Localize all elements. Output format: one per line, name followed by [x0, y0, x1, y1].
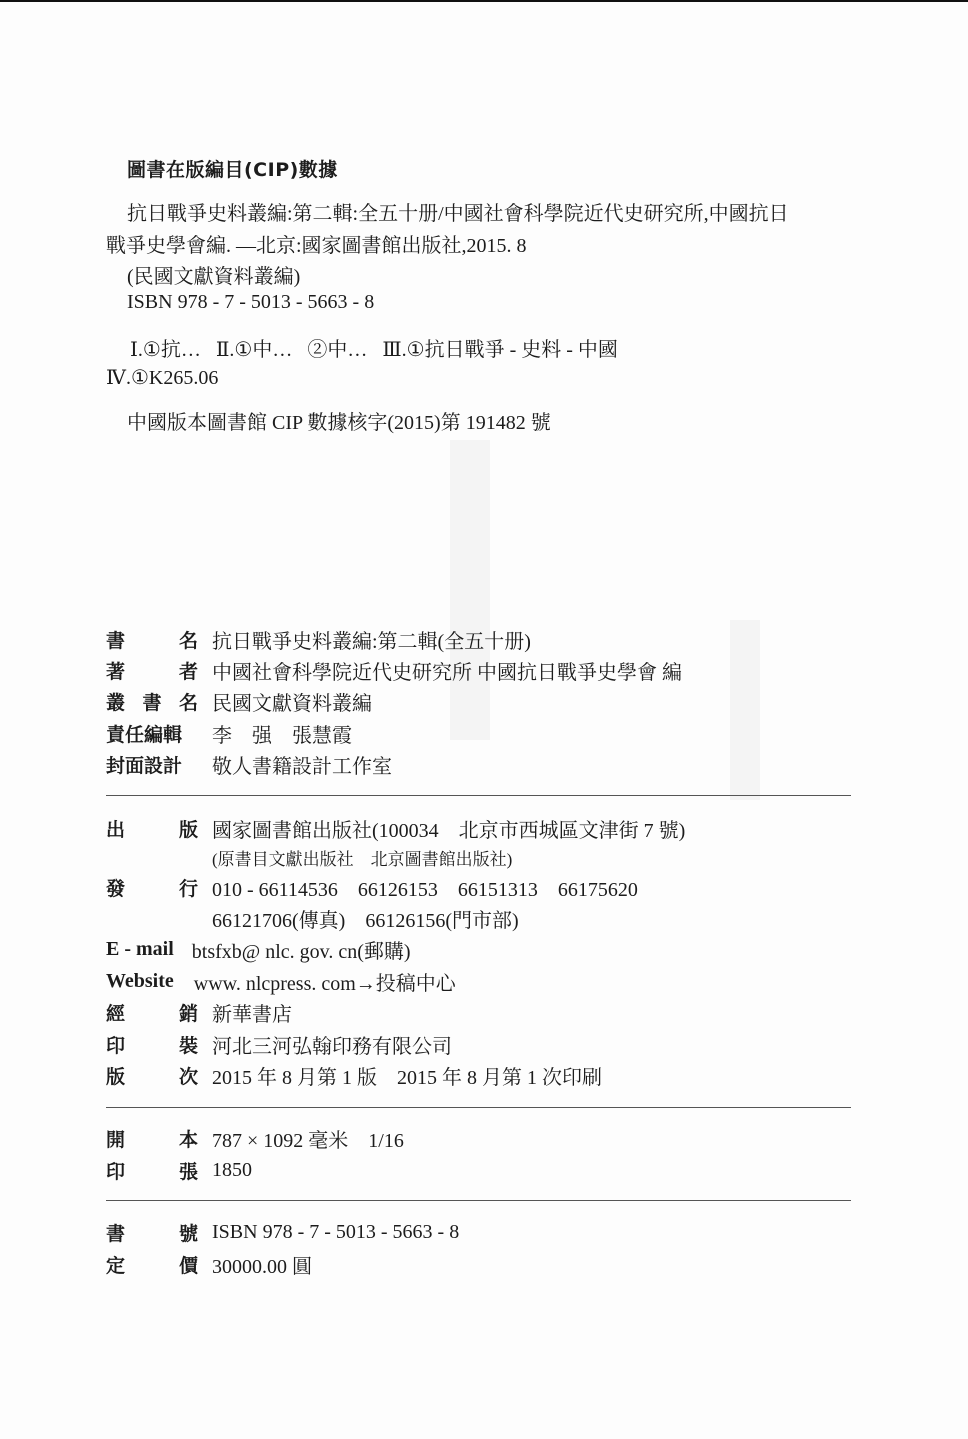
field-value: 新華書店: [212, 998, 292, 1027]
cip-line: 中國版本圖書館 CIP 數據核字(2015)第 191482 號: [127, 406, 551, 435]
colophon-row-website: Website www. nlcpress. com→投稿中心: [106, 966, 456, 996]
colophon-row-sheets: 印張 1850: [106, 1155, 252, 1185]
colophon-row-book-title: 書名 抗日戰爭史料叢編:第二輯(全五十册): [106, 624, 531, 654]
cip-line: ISBN 978 - 7 - 5013 - 5663 - 8: [127, 291, 374, 314]
field-label: 封面設計: [106, 751, 198, 778]
colophon-row-editors: 責任編輯 李 强 張慧霞: [106, 718, 352, 748]
field-label: 出版: [106, 815, 198, 842]
field-value: 李 强 張慧霞: [212, 719, 352, 748]
field-label: 定價: [106, 1251, 198, 1278]
field-label: 發行: [106, 874, 198, 901]
colophon-row-isbn: 書號 ISBN 978 - 7 - 5013 - 5663 - 8: [106, 1217, 459, 1247]
field-value: (原書目文獻出版社 北京圖書館出版社): [212, 845, 512, 870]
field-label: 叢書名: [106, 688, 198, 715]
field-label: 書號: [106, 1219, 198, 1246]
field-value: 民國文獻資料叢編: [212, 687, 372, 716]
show-through-mark: [450, 440, 490, 740]
field-value: 敬人書籍設計工作室: [212, 750, 392, 779]
colophon-row-distribution-cont: 66121706(傳真) 66126156(門市部): [198, 903, 519, 933]
cip-line: 抗日戰爭史料叢編:第二輯:全五十册/中國社會科學院近代史研究所,中國抗日: [127, 197, 789, 226]
cip-line: 戰爭史學會編. —北京:國家圖書館出版社,2015. 8: [106, 229, 527, 258]
field-label: 著者: [106, 657, 198, 684]
cip-line: (民國文獻資料叢編): [127, 260, 300, 289]
field-value: 787 × 1092 毫米 1/16: [212, 1124, 404, 1153]
field-label: 責任編輯: [106, 720, 198, 747]
isbn-value: ISBN 978 - 7 - 5013 - 5663 - 8: [212, 1221, 459, 1244]
field-label: 經銷: [106, 999, 198, 1026]
colophon-row-edition: 版次 2015 年 8 月第 1 版 2015 年 8 月第 1 次印刷: [106, 1060, 602, 1090]
colophon-row-price: 定價 30000.00 圓: [106, 1249, 312, 1279]
field-value: 國家圖書館出版社(100034 北京市西城區文津街 7 號): [212, 814, 685, 843]
divider: [106, 1107, 851, 1108]
field-value: 抗日戰爭史料叢編:第二輯(全五十册): [212, 625, 531, 654]
colophon-row-email: E - mail btsfxb@ nlc. gov. cn(郵購): [106, 934, 411, 964]
field-value: 1850: [212, 1159, 252, 1182]
field-label: 開本: [106, 1125, 198, 1152]
price-value: 30000.00 圓: [212, 1250, 312, 1279]
field-value: 2015 年 8 月第 1 版 2015 年 8 月第 1 次印刷: [212, 1061, 602, 1090]
field-value: 河北三河弘翰印務有限公司: [212, 1030, 452, 1059]
field-label: 書名: [106, 626, 198, 653]
field-label: E - mail: [106, 938, 174, 961]
field-label: 版次: [106, 1062, 198, 1089]
colophon-row-publisher: 出版 國家圖書館出版社(100034 北京市西城區文津街 7 號): [106, 813, 685, 843]
cip-line: Ⅰ.①抗… Ⅱ.①中… ②中… Ⅲ.①抗日戰爭 - 史料 - 中國: [130, 333, 618, 362]
colophon-row-series: 叢書名 民國文獻資料叢編: [106, 686, 372, 716]
field-value: 中國社會科學院近代史研究所 中國抗日戰爭史學會 編: [212, 656, 682, 685]
divider: [106, 795, 851, 796]
field-label: Website: [106, 970, 174, 993]
website-value: www. nlcpress. com→投稿中心: [194, 967, 456, 996]
colophon-row-retail: 經銷 新華書店: [106, 997, 292, 1027]
colophon-row-printing: 印裝 河北三河弘翰印務有限公司: [106, 1029, 452, 1059]
email-value: btsfxb@ nlc. gov. cn(郵購): [192, 935, 411, 964]
show-through-mark: [730, 620, 760, 800]
colophon-row-authors: 著者 中國社會科學院近代史研究所 中國抗日戰爭史學會 編: [106, 655, 682, 685]
colophon-row-distribution: 發行 010 - 66114536 66126153 66151313 6617…: [106, 872, 638, 902]
cip-heading: 圖書在版編目(CIP)數據: [127, 155, 338, 182]
cip-line: Ⅳ.①K265.06: [106, 365, 218, 390]
field-value: 010 - 66114536 66126153 66151313 6617562…: [212, 873, 638, 902]
colophon-row-cover-design: 封面設計 敬人書籍設計工作室: [106, 749, 392, 779]
colophon-row-publisher-cont: (原書目文獻出版社 北京圖書館出版社): [198, 842, 512, 872]
field-label: 印張: [106, 1157, 198, 1184]
colophon-row-format: 開本 787 × 1092 毫米 1/16: [106, 1123, 404, 1153]
field-label: 印裝: [106, 1031, 198, 1058]
field-value: 66121706(傳真) 66126156(門市部): [212, 904, 519, 933]
scan-top-edge: [0, 0, 968, 2]
divider: [106, 1200, 851, 1201]
